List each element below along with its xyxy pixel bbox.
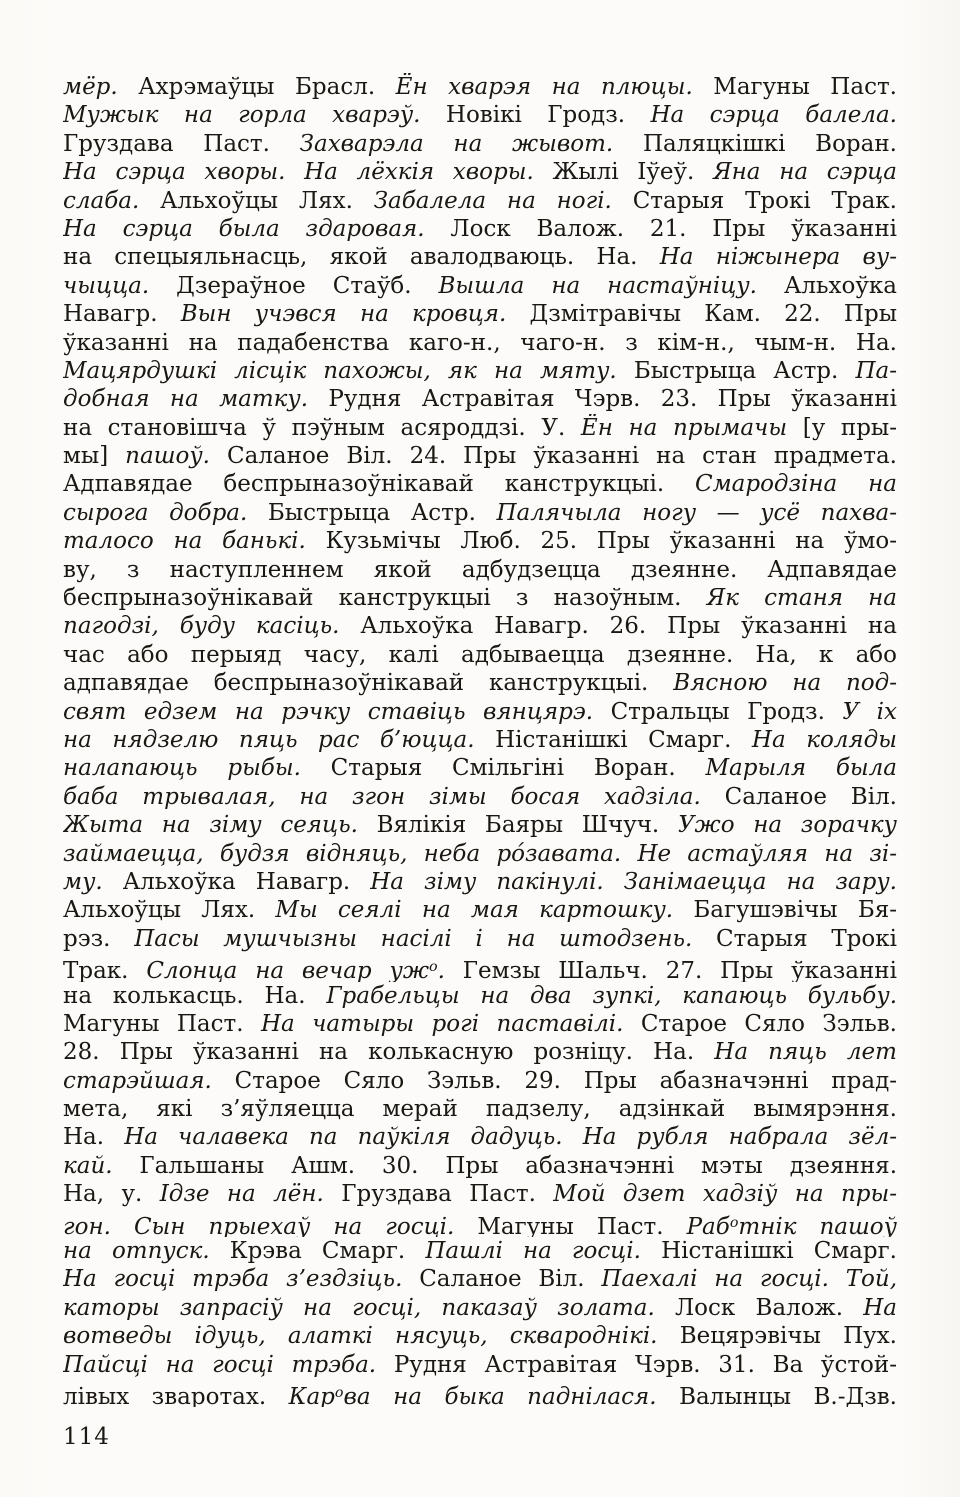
text-segment: Раб — [687, 1214, 730, 1237]
text-segment: Палячыла ногу — усё пахва- — [496, 500, 897, 526]
text-segment: Смародзіна на — [695, 471, 897, 497]
text-line: На госці трэба з’ездзіць. Саланое Віл. П… — [63, 1265, 897, 1293]
text-segment: Паехалі на госці. Той, — [601, 1266, 897, 1292]
text-segment: На. — [63, 1124, 124, 1150]
text-line: на отпуск. Крэва Смарг. Пашлі на госці. … — [63, 1237, 897, 1265]
text-segment: Пасы мушчызны насілі і на штодзень. — [134, 926, 716, 952]
text-line: мы] пашоў. Саланое Віл. 24. Пры ўказанні… — [63, 442, 897, 470]
text-line: час або перыяд часу, калі адбываецца дзе… — [63, 641, 897, 669]
text-segment: о — [335, 1385, 344, 1401]
text-segment: на спецыяльнасць, якой авалодваюць. На. — [63, 244, 660, 270]
text-segment: лівых зваротах. — [63, 1384, 289, 1407]
text-line: на колькасць. На. Грабельцы на два зупкі… — [63, 982, 897, 1010]
text-segment: Магуны Паст. — [713, 74, 897, 100]
text-line: Груздава Паст. Захварэла на жывот. Паляц… — [63, 130, 897, 158]
text-line: 28. Пры ўказанні на колькасную розніцу. … — [63, 1038, 897, 1066]
text-segment: ва на быка паднілася. — [344, 1384, 680, 1407]
text-segment: вотведы ідуць, алаткі нясуць, сквароднік… — [63, 1323, 680, 1349]
text-segment: ву, з наступленнем якой адбудзецца дзеян… — [63, 557, 897, 583]
text-line: каторы запрасіў на госці, паказаў золата… — [63, 1294, 897, 1322]
text-segment: 28. Пры ўказанні на колькасную розніцу. … — [63, 1039, 714, 1065]
text-segment: Старое Сяло Зэльв. 29. Пры абазначэнні п… — [235, 1068, 897, 1094]
text-segment: Саланое Віл. — [419, 1266, 601, 1292]
text-line: пагодзі, буду касіць. Альхоўка Навагр. 2… — [63, 612, 897, 640]
text-segment: Пашлі на госці. — [425, 1238, 661, 1264]
text-segment: Груздава Паст. — [63, 131, 300, 157]
text-segment: каторы запрасіў на госці, паказаў золата… — [63, 1295, 675, 1321]
text-segment: [у пры- — [803, 415, 897, 441]
text-segment: Жылі Іўеў. — [552, 159, 713, 185]
text-segment: Новікі Гродз. — [446, 102, 651, 128]
text-segment: Ахрэмаўцы Брасл. — [138, 74, 395, 100]
text-line: рэз. Пасы мушчызны насілі і на штодзень.… — [63, 925, 897, 953]
text-segment: налапаюць рыбы. — [63, 755, 331, 781]
text-line: баба трывалая, на згон зімы босая хадзіл… — [63, 783, 897, 811]
text-segment: Дзераўное Стаўб. — [176, 273, 438, 299]
text-segment: Захварэла на жывот. — [300, 131, 643, 157]
text-segment: На пяць лет — [714, 1039, 897, 1065]
text-segment: Гемзы Шальч. 27. Пры ўказанні — [463, 958, 897, 981]
text-segment: чыцца. — [63, 273, 176, 299]
text-segment: На коляды — [752, 727, 897, 753]
text-line: добная на матку. Рудня Астравітая Чэрв. … — [63, 385, 897, 413]
text-segment: Яна на сэрца — [713, 159, 897, 185]
text-segment: Старыя Трокі — [716, 926, 897, 952]
text-segment: рэз. — [63, 926, 134, 952]
text-line: налапаюць рыбы. Старыя Смільгіні Воран. … — [63, 754, 897, 782]
text-segment: Забалела на ногі. — [374, 188, 633, 214]
text-segment: Лоск Валож. — [675, 1295, 863, 1321]
text-segment: беспрыназоўнікавай канструкцыі з назоўны… — [63, 585, 707, 611]
text-segment: На госці трэба з’ездзіць. — [63, 1266, 419, 1292]
text-segment: свят едзем на рэчку ставіць вянцярэ. — [63, 699, 611, 725]
text-line: Трак. Слонца на вечар ужо. Гемзы Шальч. … — [63, 953, 897, 981]
book-page: мёр. Ахрэмаўцы Брасл. Ён хварэя на плюцы… — [0, 0, 960, 1497]
text-line: на нядзелю пяць рас б’юцца. Ністанішкі С… — [63, 726, 897, 754]
text-segment: Альхоўка Навагр. 26. Пры ўказанні на — [360, 613, 897, 639]
text-segment: гон. Сын прыехаў на госці. — [63, 1214, 477, 1237]
text-segment: Старое Сяло Зэльв. — [641, 1011, 897, 1037]
text-line: ву, з наступленнем якой адбудзецца дзеян… — [63, 556, 897, 584]
text-segment: Багушэвічы Бя- — [693, 897, 897, 923]
text-segment: кай. — [63, 1153, 139, 1179]
text-segment: У іх — [842, 699, 897, 725]
text-line: адпавядае беспрыназоўнікавай канструкцыі… — [63, 669, 897, 697]
text-segment: На зіму пакінулі. Занімаецца на зару. — [370, 869, 897, 895]
text-line: Адпавядае беспрыназоўнікавай канструкцыі… — [63, 470, 897, 498]
text-segment: Грабельцы на два зупкі, капаюць бульбу. — [326, 983, 897, 1009]
text-line: чыцца. Дзераўное Стаўб. Вышла на настаўн… — [63, 272, 897, 300]
text-segment: Старыя Трокі Трак. — [633, 188, 897, 214]
text-segment: пагодзі, буду касіць. — [63, 613, 360, 639]
text-segment: Лоск Валож. 21. Пры ўказанні — [450, 216, 897, 242]
text-segment: Трак. — [63, 958, 146, 981]
text-segment: Ужо на зорачку — [678, 812, 897, 838]
text-segment: Альхоўцы Лях. — [160, 188, 374, 214]
text-segment: старэйшая. — [63, 1068, 235, 1094]
text-segment: займаецца, будзя відняць, неба рóзавата.… — [63, 841, 897, 867]
text-line: займаецца, будзя відняць, неба рóзавата.… — [63, 840, 897, 868]
text-segment: Па- — [855, 358, 897, 384]
text-segment: Кузьмічы Люб. 25. Пры ўказанні на ўмо- — [326, 528, 897, 554]
text-segment: Мой дзет хадзіў на пры- — [553, 1181, 897, 1207]
text-segment: Кар — [289, 1384, 335, 1407]
text-segment: Быстрыца Астр. — [634, 358, 856, 384]
text-segment: Ён на прымачы — [581, 415, 803, 441]
text-line: слаба. Альхоўцы Лях. Забалела на ногі. С… — [63, 187, 897, 215]
text-segment: Вялікія Баяры Шчуч. — [377, 812, 678, 838]
text-segment: адпавядае беспрыназоўнікавай канструкцыі… — [63, 670, 673, 696]
text-line: гон. Сын прыехаў на госці. Магуны Паст. … — [63, 1209, 897, 1237]
text-line: Жыта на зіму сеяць. Вялікія Баяры Шчуч. … — [63, 811, 897, 839]
text-segment: сырога добра. — [63, 500, 268, 526]
text-line: мёр. Ахрэмаўцы Брасл. Ён хварэя на плюцы… — [63, 73, 897, 101]
text-line: Магуны Паст. На чатыры рогі паставілі. С… — [63, 1010, 897, 1038]
text-line: Мацярдушкі лісцік пахожы, як на мяту. Бы… — [63, 357, 897, 385]
text-line: Альхоўцы Лях. Мы сеялі на мая картошку. … — [63, 896, 897, 924]
text-line: Навагр. Вын учэвся на кровця. Дзмітравіч… — [63, 300, 897, 328]
text-line: му. Альхоўка Навагр. На зіму пакінулі. З… — [63, 868, 897, 896]
text-line: на становішча ў пэўным асяроддзі. У. Ён … — [63, 414, 897, 442]
text-segment: пашоў. — [125, 443, 227, 469]
text-line: На сэрца была здаровая. Лоск Валож. 21. … — [63, 215, 897, 243]
text-line: талосо на банькі. Кузьмічы Люб. 25. Пры … — [63, 527, 897, 555]
text-segment: Пайсці на госці трэба. — [63, 1352, 394, 1378]
text-segment: Альхоўка Навагр. — [123, 869, 371, 895]
text-segment: Быстрыца Астр. — [268, 500, 497, 526]
text-line: На. На чалавека па паўкіля дадуць. На ру… — [63, 1123, 897, 1151]
text-line: кай. Гальшаны Ашм. 30. Пры абазначэнні м… — [63, 1152, 897, 1180]
text-segment: Ністанішкі Смарг. — [661, 1238, 897, 1264]
text-line: вотведы ідуць, алаткі нясуць, сквароднік… — [63, 1322, 897, 1350]
text-segment: Адпавядае беспрыназоўнікавай канструкцыі… — [63, 471, 695, 497]
text-segment: Рудня Астравітая Чэрв. 23. Пры ўказанні — [328, 386, 897, 412]
text-segment: Вышла на настаўніцу. — [439, 273, 784, 299]
text-segment: Крэва Смарг. — [230, 1238, 426, 1264]
text-line: старэйшая. Старое Сяло Зэльв. 29. Пры аб… — [63, 1067, 897, 1095]
text-segment: . — [438, 958, 463, 981]
text-segment: талосо на банькі. — [63, 528, 326, 554]
text-segment: мета, які з’яўляецца мерай падзелу, адзі… — [63, 1096, 897, 1122]
text-segment: Марыля была — [706, 755, 898, 781]
text-segment: Навагр. — [63, 301, 181, 327]
text-segment: слаба. — [63, 188, 160, 214]
text-segment: На сэрца была здаровая. — [63, 216, 450, 242]
text-segment: баба трывалая, на згон зімы босая хадзіл… — [63, 784, 725, 810]
text-line: свят едзем на рэчку ставіць вянцярэ. Стр… — [63, 698, 897, 726]
text-segment: мёр. — [63, 74, 138, 100]
text-segment: Груздава Паст. — [341, 1181, 553, 1207]
text-segment: Вясною на под- — [673, 670, 897, 696]
text-line: Мужык на горла хварэў. Новікі Гродз. На … — [63, 101, 897, 129]
text-segment: на становішча ў пэўным асяроддзі. У. — [63, 415, 581, 441]
text-segment: на нядзелю пяць рас б’юцца. — [63, 727, 495, 753]
text-segment: Саланое Віл. — [725, 784, 897, 810]
text-segment: Саланое Віл. 24. Пры ўказанні на стан пр… — [227, 443, 897, 469]
text-segment: Паляцкішкі Воран. — [643, 131, 897, 157]
text-line: лівых зваротах. Карова на быка паднілася… — [63, 1379, 897, 1407]
text-segment: мы] — [63, 443, 125, 469]
text-segment: На ніжынера ву- — [660, 244, 897, 270]
text-segment: Вецярэвічы Пух. — [680, 1323, 897, 1349]
text-segment: тнік пашоў — [738, 1214, 897, 1237]
text-segment: Рудня Астравітая Чэрв. 31. Ва ўстой- — [394, 1352, 897, 1378]
text-segment: Як станя на — [707, 585, 897, 611]
page-number: 114 — [63, 1424, 110, 1450]
text-line: мета, які з’яўляецца мерай падзелу, адзі… — [63, 1095, 897, 1123]
text-segment: На чалавека па паўкіля дадуць. На рубля … — [124, 1124, 897, 1150]
text-segment: Мы сеялі на мая картошку. — [275, 897, 693, 923]
text-block: мёр. Ахрэмаўцы Брасл. Ён хварэя на плюцы… — [63, 73, 897, 1407]
text-segment: Ідзе на лён. — [160, 1181, 342, 1207]
text-segment: ўказанні на падабенства каго-н., чаго-н.… — [63, 330, 897, 356]
text-segment: Вын учэвся на кровця. — [181, 301, 530, 327]
text-segment: Слонца на вечар уж — [146, 958, 429, 981]
text-segment: На, у. — [63, 1181, 160, 1207]
text-segment: Старыя Смільгіні Воран. — [331, 755, 706, 781]
text-line: Пайсці на госці трэба. Рудня Астравітая … — [63, 1351, 897, 1379]
text-segment: Валынцы В.-Дзв. — [679, 1384, 897, 1407]
text-segment: На — [863, 1295, 897, 1321]
text-segment: Стральцы Гродз. — [611, 699, 843, 725]
text-segment: Альхоўцы Лях. — [63, 897, 275, 923]
text-segment: о — [429, 959, 438, 975]
text-segment: На сэрца балела. — [650, 102, 897, 128]
text-segment: Гальшаны Ашм. 30. Пры абазначэнні мэты д… — [139, 1153, 897, 1179]
text-segment: час або перыяд часу, калі адбываецца дзе… — [63, 642, 897, 668]
text-segment: На сэрца хворы. На лёхкія хворы. — [63, 159, 552, 185]
text-segment: Дзмітравічы Кам. 22. Пры — [530, 301, 897, 327]
text-segment: на отпуск. — [63, 1238, 230, 1264]
text-segment: Жыта на зіму сеяць. — [63, 812, 377, 838]
text-segment: му. — [63, 869, 123, 895]
text-segment: добная на матку. — [63, 386, 328, 412]
text-line: на спецыяльнасць, якой авалодваюць. На. … — [63, 243, 897, 271]
text-segment: Магуны Паст. — [477, 1214, 686, 1237]
text-line: сырога добра. Быстрыца Астр. Палячыла но… — [63, 499, 897, 527]
text-segment: Мацярдушкі лісцік пахожы, як на мяту. — [63, 358, 634, 384]
text-segment: на колькасць. На. — [63, 983, 326, 1009]
text-segment: Ён хварэя на плюцы. — [396, 74, 714, 100]
text-line: ўказанні на падабенства каго-н., чаго-н.… — [63, 329, 897, 357]
text-segment: На чатыры рогі паставілі. — [261, 1011, 641, 1037]
text-line: беспрыназоўнікавай канструкцыі з назоўны… — [63, 584, 897, 612]
text-segment: Альхоўка — [784, 273, 897, 299]
text-segment: Ністанішкі Смарг. — [495, 727, 752, 753]
text-line: На, у. Ідзе на лён. Груздава Паст. Мой д… — [63, 1180, 897, 1208]
text-segment: Магуны Паст. — [63, 1011, 261, 1037]
text-line: На сэрца хворы. На лёхкія хворы. Жылі Іў… — [63, 158, 897, 186]
text-segment: Мужык на горла хварэў. — [63, 102, 446, 128]
